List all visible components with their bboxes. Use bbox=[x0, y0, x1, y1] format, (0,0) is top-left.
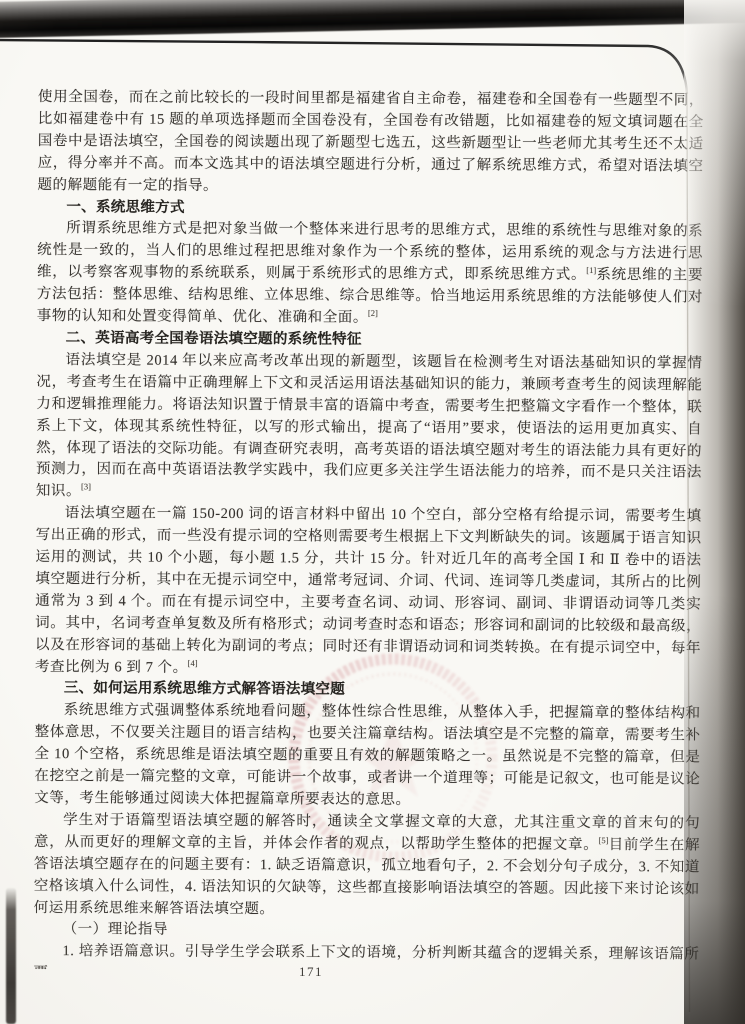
page-edge-line bbox=[0, 0, 745, 1024]
scanned-page: 使用全国卷，而在之前比较长的一段时间里都是福建省自主命卷，福建卷和全国卷有一些题… bbox=[0, 0, 745, 1024]
scan-artifact-left bbox=[6, 888, 16, 1024]
book-spine-shadow bbox=[684, 0, 745, 1024]
